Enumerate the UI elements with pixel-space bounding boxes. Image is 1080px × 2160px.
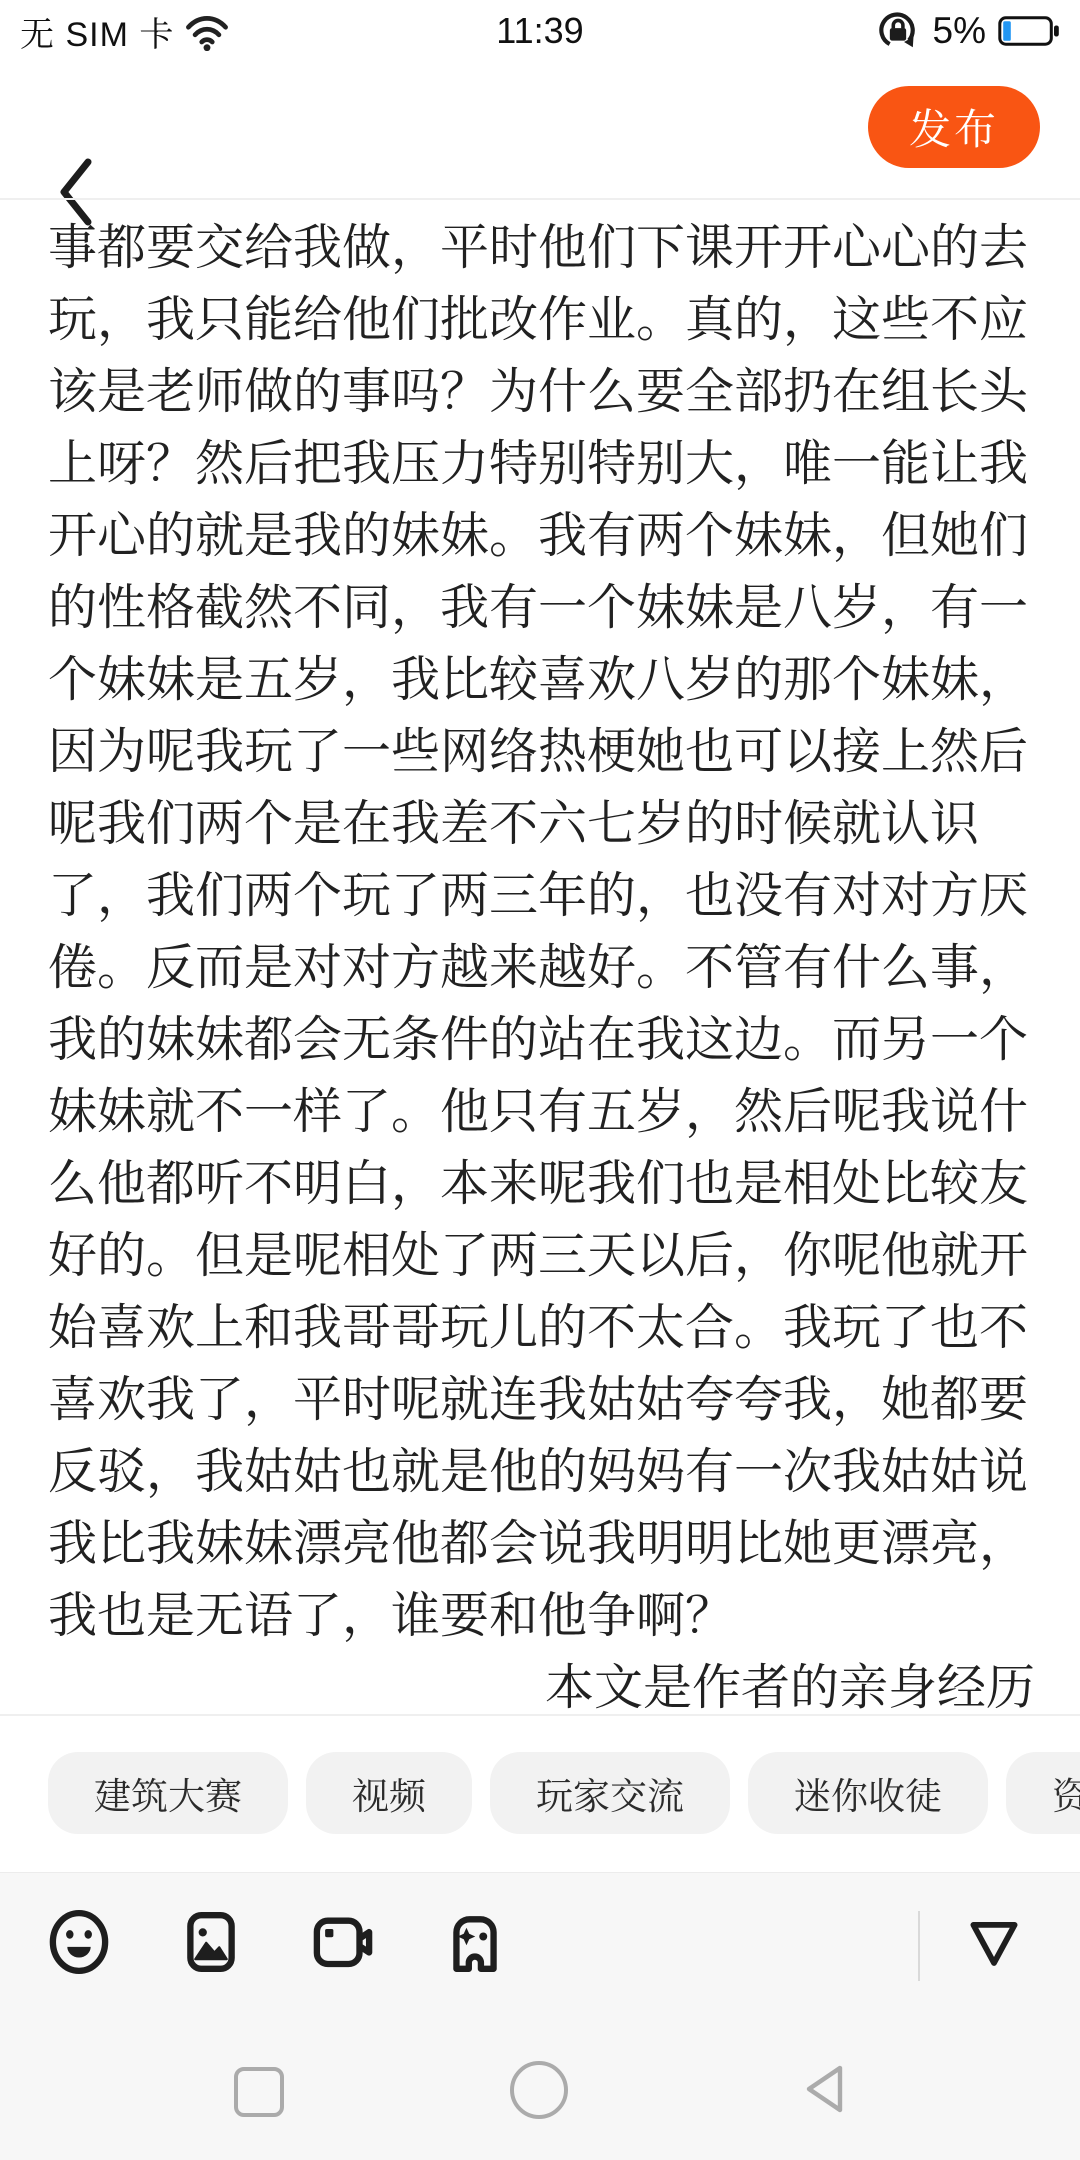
image-icon[interactable] — [178, 1909, 244, 1975]
battery-icon — [998, 16, 1060, 46]
status-bar: 无 SIM 卡 11:39 5% — [0, 0, 1080, 62]
attachment-toolbar — [46, 1909, 508, 1975]
toolbar-divider — [918, 1911, 920, 1981]
body-line: 我的妹妹都会无条件的站在我这边。而另一个 — [48, 1004, 1035, 1076]
triangle-down-collapse-icon[interactable] — [964, 1913, 1024, 1973]
body-line: 我比我妹妹漂亮他都会说我明明比她更漂亮， — [48, 1508, 1035, 1580]
body-line: 的性格截然不同，我有一个妹妹是八岁，有一 — [48, 572, 1035, 644]
wifi-icon — [184, 11, 230, 51]
body-line: 个妹妹是五岁，我比较喜欢八岁的那个妹妹， — [48, 644, 1035, 716]
nav-divider — [0, 198, 1080, 200]
post-body-editor[interactable]: 事都要交给我做，平时他们下课开开心心的去 玩，我只能给他们批改作业。真的，这些不… — [48, 212, 1035, 1724]
body-line: 妹妹就不一样了。他只有五岁，然后呢我说什 — [48, 1076, 1035, 1148]
bottom-panel — [0, 1872, 1080, 2160]
rotation-lock-icon — [875, 8, 921, 54]
body-line: 该是老师做的事吗？为什么要全部扔在组长头 — [48, 356, 1035, 428]
body-line: 上呀？然后把我压力特别特别大，唯一能让我 — [48, 428, 1035, 500]
body-line: 倦。反而是对对方越来越好。不管有什么事， — [48, 932, 1035, 1004]
gamepad-icon[interactable] — [442, 1909, 508, 1975]
body-line: 我也是无语了，谁要和他争啊？ — [48, 1580, 1035, 1652]
tag-label: 建筑大赛 — [94, 1766, 242, 1820]
body-line: 好的。但是呢相处了两三天以后，你呢他就开 — [48, 1220, 1035, 1292]
tag-label: 迷你收徒 — [794, 1766, 942, 1820]
tag-chip-video[interactable]: 视频 — [306, 1752, 472, 1834]
content-divider — [0, 1714, 1080, 1716]
publish-button[interactable]: 发布 — [868, 86, 1040, 168]
battery-percent-label: 5% — [933, 10, 986, 52]
tag-chip-building-contest[interactable]: 建筑大赛 — [48, 1752, 288, 1834]
body-line: 事都要交给我做，平时他们下课开开心心的去 — [48, 212, 1035, 284]
body-line: 始喜欢上和我哥哥玩儿的不太合。我玩了也不 — [48, 1292, 1035, 1364]
tag-chip-row: 建筑大赛 视频 玩家交流 迷你收徒 资源 — [48, 1752, 1080, 1834]
body-line: 反驳，我姑姑也就是他的妈妈有一次我姑姑说 — [48, 1436, 1035, 1508]
video-icon[interactable] — [310, 1909, 376, 1975]
emoji-icon[interactable] — [46, 1909, 112, 1975]
tag-chip-player-exchange[interactable]: 玩家交流 — [490, 1752, 730, 1834]
tag-chip-mini-apprentice[interactable]: 迷你收徒 — [748, 1752, 988, 1834]
carrier-label: 无 SIM 卡 — [20, 7, 174, 56]
top-nav-bar: 发布 — [0, 62, 1080, 198]
body-line: 因为呢我玩了一些网络热梗她也可以接上然后 — [48, 716, 1035, 788]
home-button[interactable] — [510, 2061, 568, 2119]
android-back-button[interactable] — [800, 2063, 852, 2115]
status-right: 5% — [875, 8, 1060, 54]
body-line: 么他都听不明白，本来呢我们也是相处比较友 — [48, 1148, 1035, 1220]
body-line: 开心的就是我的妹妹。我有两个妹妹，但她们 — [48, 500, 1035, 572]
phone-screen: 无 SIM 卡 11:39 5% — [0, 0, 1080, 2160]
body-line: 呢我们两个是在我差不六七岁的时候就认识 — [48, 788, 1035, 860]
recents-button[interactable] — [234, 2067, 284, 2117]
body-line: 玩，我只能给他们批改作业。真的，这些不应 — [48, 284, 1035, 356]
tag-label: 玩家交流 — [536, 1766, 684, 1820]
body-line: 喜欢我了，平时呢就连我姑姑夸夸我，她都要 — [48, 1364, 1035, 1436]
body-line: 了，我们两个玩了两三年的，也没有对对方厌 — [48, 860, 1035, 932]
tag-label: 视频 — [352, 1766, 426, 1820]
status-left: 无 SIM 卡 — [20, 7, 230, 56]
tag-chip-resources[interactable]: 资源 — [1006, 1752, 1080, 1834]
publish-label: 发布 — [909, 97, 999, 157]
clock: 11:39 — [496, 10, 583, 52]
tag-label: 资源 — [1052, 1766, 1080, 1820]
